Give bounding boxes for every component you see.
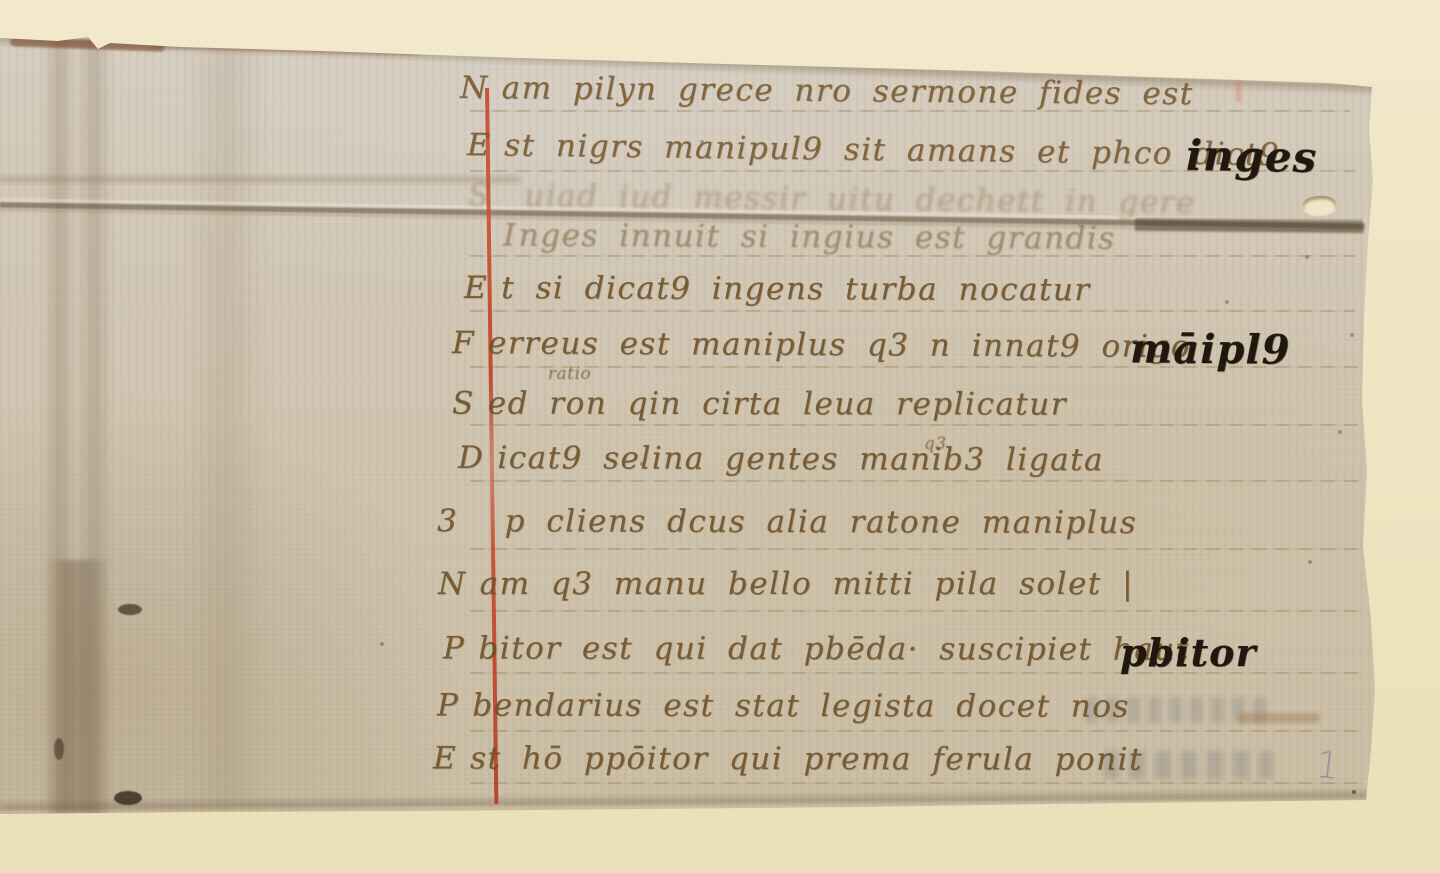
- manuscript-line: Inges innuit si ingius est grandis: [503, 220, 1116, 254]
- manuscript-line-erased: S uiad iud messir uitu dechett in gere: [468, 180, 1196, 219]
- photograph-of-manuscript: Nam pilyn grece nro sermone fides est Es…: [0, 0, 1440, 873]
- manuscript-line: 3 p cliens dcus alia ratone maniplus: [437, 506, 1137, 539]
- upper-crease: [0, 176, 520, 183]
- show-through-mark: [1238, 713, 1320, 723]
- ruled-line: [470, 424, 1358, 426]
- manuscript-line: Ferreus est maniplus q3 n innat9 origo: [452, 328, 1191, 363]
- marginal-gloss: pbitor: [1120, 634, 1257, 672]
- ruled-line: [470, 610, 1362, 612]
- ruled-line: [470, 548, 1360, 550]
- speck: [1338, 430, 1342, 434]
- ruled-line: [470, 730, 1363, 732]
- manuscript-line: Pbendarius est stat legista docet nos: [437, 690, 1130, 722]
- manuscript-line: Nam pilyn grece nro sermone fides est: [460, 73, 1194, 110]
- ink-stain: [114, 791, 142, 805]
- faint-vertical-crease: [186, 45, 266, 805]
- manuscript-line: Nam q3 manu bello mitti pila solet |: [438, 569, 1134, 600]
- parchment-fragment: Nam pilyn grece nro sermone fides est Es…: [0, 0, 1440, 873]
- manuscript-line: Est nigrs manipul9 sit amans et phco dic…: [467, 130, 1280, 171]
- speck: [1350, 333, 1354, 337]
- manuscript-line: Sed ron qin cirta leua replicatur: [452, 388, 1067, 420]
- ink-stain: [54, 738, 64, 760]
- speck: [1352, 790, 1356, 794]
- speck: [380, 642, 384, 646]
- left-fold-band-lower: [46, 560, 118, 813]
- red-offset-mark: [1236, 72, 1241, 102]
- speck: [1308, 560, 1312, 564]
- speck: [1225, 300, 1229, 304]
- manuscript-line: Est hō ppōitor qui prema ferula ponit: [433, 743, 1143, 775]
- show-through-mark: [1040, 55, 1250, 69]
- manuscript-line: Dicat9 selina gentes manib3 ligata: [458, 443, 1104, 476]
- manuscript-line: Et si dicat9 ingens turba nocatur: [464, 273, 1091, 306]
- ruled-line: [470, 310, 1355, 312]
- marginal-gloss: māipl9: [1130, 329, 1291, 370]
- marginal-gloss: inges: [1186, 135, 1318, 179]
- ruled-line: [470, 782, 1363, 784]
- manuscript-line: Pbitor est qui dat pbēda· suscipiet haut: [443, 633, 1190, 665]
- interlinear-gloss: ratio: [548, 366, 591, 383]
- ruled-line: [470, 110, 1350, 112]
- superscript-abbreviation: q3: [924, 436, 947, 453]
- ruled-line: [470, 480, 1360, 482]
- tear-hole: [1303, 195, 1337, 216]
- ink-stain: [118, 604, 142, 615]
